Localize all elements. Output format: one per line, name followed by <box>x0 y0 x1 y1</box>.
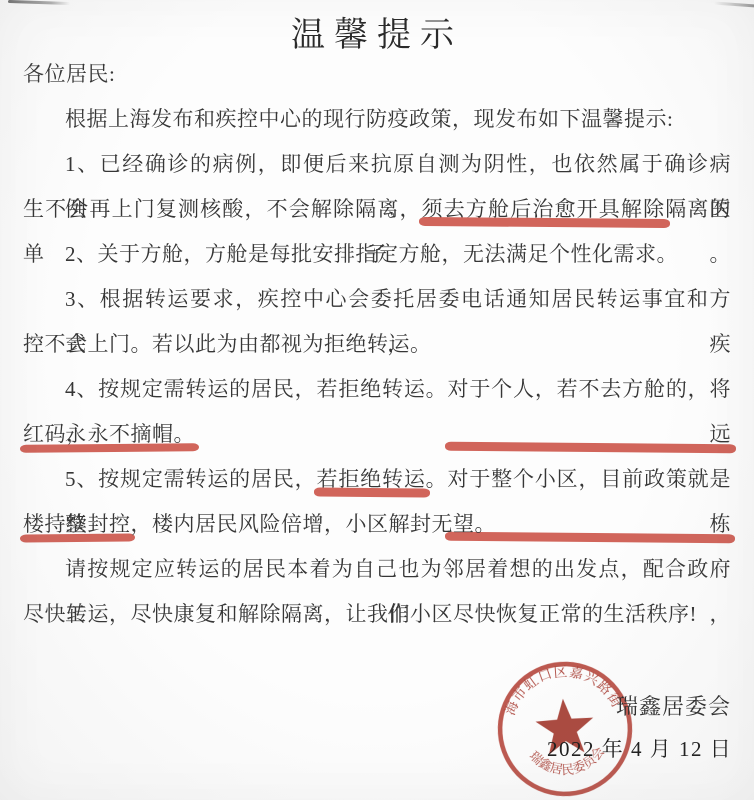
photo-artifact-mark-topleft <box>8 0 70 5</box>
notice-text: 控不会上门。若以此为由都视为拒绝转运。 <box>23 332 432 356</box>
notice-lines: 各位居民:根据上海发布和疾控中心的现行防疫政策，现发布如下温馨提示:1、已经确诊… <box>23 52 731 637</box>
notice-text: 根据上海发布和疾控中心的现行防疫政策，现发布如下温馨提示: <box>65 107 673 131</box>
notice-text: ，楼内居民风险倍增，小区解封无望。 <box>131 512 497 536</box>
notice-line: 5、按规定需转运的居民，若拒绝转运。对于整个小区，目前政策就是整栋 <box>23 457 731 502</box>
notice-line: 1、已经确诊的病例，即便后来抗原自测为阴性，也依然属于确诊病例。医 <box>23 142 731 187</box>
notice-text: 生不会再上门复测核酸，不会解除隔离， <box>23 197 422 221</box>
notice-text: 2、关于方舱，方舱是每批安排指定方舱，无法满足个性化需求。 <box>65 242 678 266</box>
page-title: 温馨提示 <box>0 7 754 56</box>
notice-line: 3、根据转运要求，疾控中心会委托居委电话通知居民转运事宜和方式，疾 <box>23 277 731 322</box>
underlined-phrase: 须去方舱后治愈开具解除 <box>422 197 666 221</box>
notice-line: 4、按规定需转运的居民，若拒绝转运。对于个人，若不去方舱的，将永远 <box>23 367 731 412</box>
committee-signature: 瑞鑫居委会 <box>616 690 731 721</box>
official-seal-stamp: 上海市虹口区嘉兴路街道 瑞鑫居民委员会 <box>489 653 641 800</box>
underlined-phrase: 红码，永不摘帽。 <box>23 422 195 446</box>
notice-text: 尽快转运，尽快康复和解除隔离，让我们小区尽快恢复正常的生活秩序! <box>23 602 697 626</box>
underlined-phrase: 楼持续封控 <box>23 512 131 536</box>
notice-text: 各位居民: <box>23 62 115 86</box>
issue-date: 2022 年 4 月 12 日 <box>547 733 732 763</box>
notice-line: 2、关于方舱，方舱是每批安排指定方舱，无法满足个性化需求。 <box>23 232 731 277</box>
notice-text: 5、按规定需转运的居民， <box>65 467 317 491</box>
notice-line: 尽快转运，尽快康复和解除隔离，让我们小区尽快恢复正常的生活秩序! <box>23 592 731 637</box>
notice-line: 请按规定应转运的居民本着为自己也为邻居着想的出发点，配合政府工作， <box>23 547 731 592</box>
notice-line: 生不会再上门复测核酸，不会解除隔离，须去方舱后治愈开具解除隔离的单子。 <box>23 187 731 232</box>
notice-text: 4、按规定需转运的居民，若拒绝转运。 <box>65 377 448 401</box>
underlined-phrase: 若拒绝转运 <box>317 467 426 491</box>
notice-line: 各位居民: <box>23 52 731 97</box>
notice-text: 。 <box>426 467 448 491</box>
notice-line: 根据上海发布和疾控中心的现行防疫政策，现发布如下温馨提示: <box>23 97 731 142</box>
